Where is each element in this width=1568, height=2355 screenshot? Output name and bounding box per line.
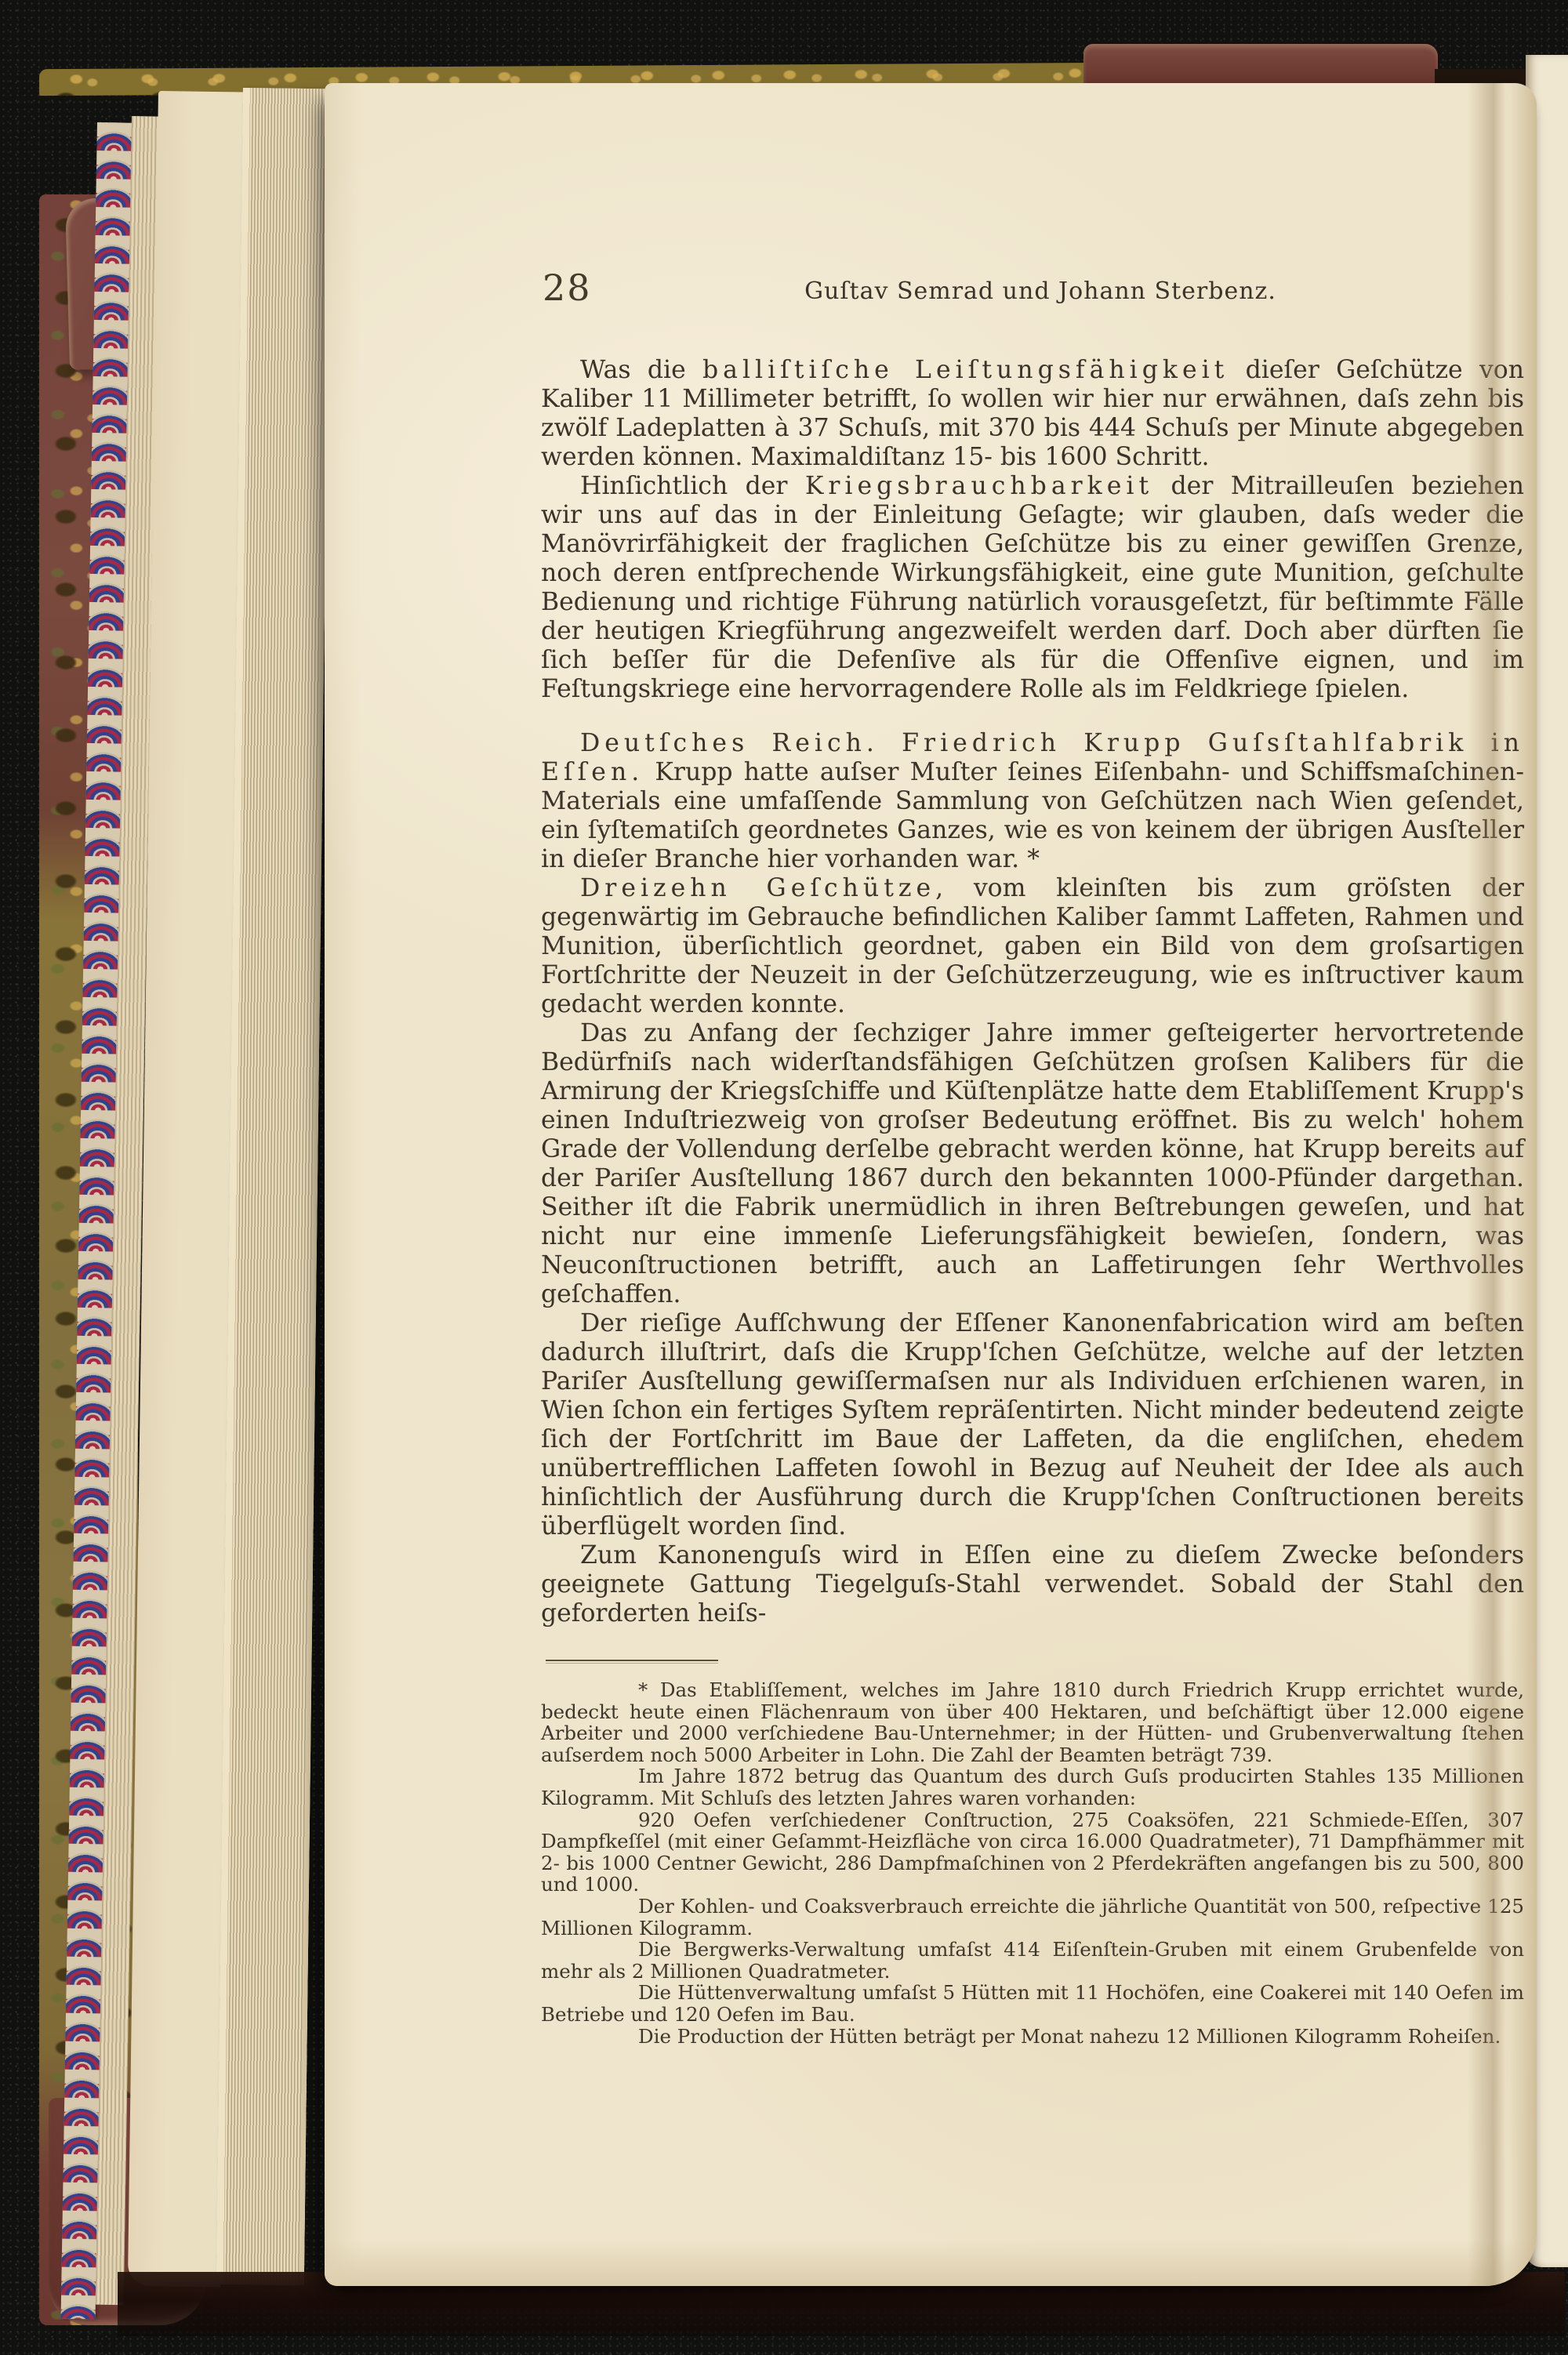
book-page: 28 Guſtav Semrad und Johann Sterbenz. Wa… (325, 83, 1537, 2286)
paragraph: Hinſichtlich der Kriegsbrauchbarkeit der… (541, 472, 1524, 704)
paragraph: Zum Kanonenguſs wird in Eſſen eine zu di… (541, 1541, 1524, 1628)
emphasized-text: Kriegsbrauchbarkeit (805, 472, 1153, 500)
paragraph: Das zu Anfang der ſechziger Jahre immer … (541, 1019, 1524, 1309)
footnote: * Das Etabliſſement, welches im Jahre 18… (541, 1679, 1524, 1765)
paragraph: Deutſches Reich. Friedrich Krupp Guſsſta… (541, 729, 1524, 874)
footnote: Der Kohlen- und Coaksverbrauch erreichte… (541, 1896, 1524, 1939)
page-number: 28 (543, 267, 592, 309)
body-text-segment: Krupp hatte auſser Muſter ſeines Eiſenba… (541, 758, 1524, 873)
body-text-segment: Hinſichtlich der (580, 472, 805, 500)
footnote: Die Hüttenverwaltung umfaſst 5 Hütten mi… (541, 1982, 1524, 2025)
body-text-segment: Das zu Anfang der ſechziger Jahre immer … (541, 1019, 1524, 1308)
scanned-book-page: 28 Guſtav Semrad und Johann Sterbenz. Wa… (0, 0, 1568, 2355)
footnote: Die Production der Hütten beträgt per Mo… (541, 2026, 1524, 2048)
page-header: 28 Guſtav Semrad und Johann Sterbenz. (541, 270, 1524, 314)
text-block: 28 Guſtav Semrad und Johann Sterbenz. Wa… (541, 270, 1524, 2047)
paragraph: Was die balliſtiſche Leiſtungsfähigkeit … (541, 356, 1524, 472)
emphasized-text: Dreizehn Geſchütze (580, 874, 935, 902)
footnote: Im Jahre 1872 betrug das Quantum des dur… (541, 1765, 1524, 1809)
body-text-segment: Zum Kanonenguſs wird in Eſſen eine zu di… (541, 1541, 1524, 1627)
body-text-segment: Was die (580, 356, 702, 384)
body-text-segment: Der rieſige Aufſchwung der Eſſener Kanon… (541, 1309, 1524, 1540)
footnote-separator (546, 1660, 718, 1664)
body-text-segment: der Mitrailleuſen beziehen wir uns auf d… (541, 472, 1524, 703)
body-text: Was die balliſtiſche Leiſtungsfähigkeit … (541, 356, 1524, 1628)
emphasized-text: balliſtiſche Leiſtungsfähigkeit (702, 356, 1229, 384)
paragraph: Der rieſige Aufſchwung der Eſſener Kanon… (541, 1309, 1524, 1541)
footnote: Die Bergwerks-Verwaltung umfaſst 414 Eiſ… (541, 1939, 1524, 1982)
footnote: 920 Oefen verſchiedener Conſtruction, 27… (541, 1809, 1524, 1896)
running-header: Guſtav Semrad und Johann Sterbenz. (635, 278, 1446, 305)
footnotes: * Das Etabliſſement, welches im Jahre 18… (541, 1679, 1524, 2047)
paragraph: Dreizehn Geſchütze, vom kleinſten bis zu… (541, 874, 1524, 1019)
